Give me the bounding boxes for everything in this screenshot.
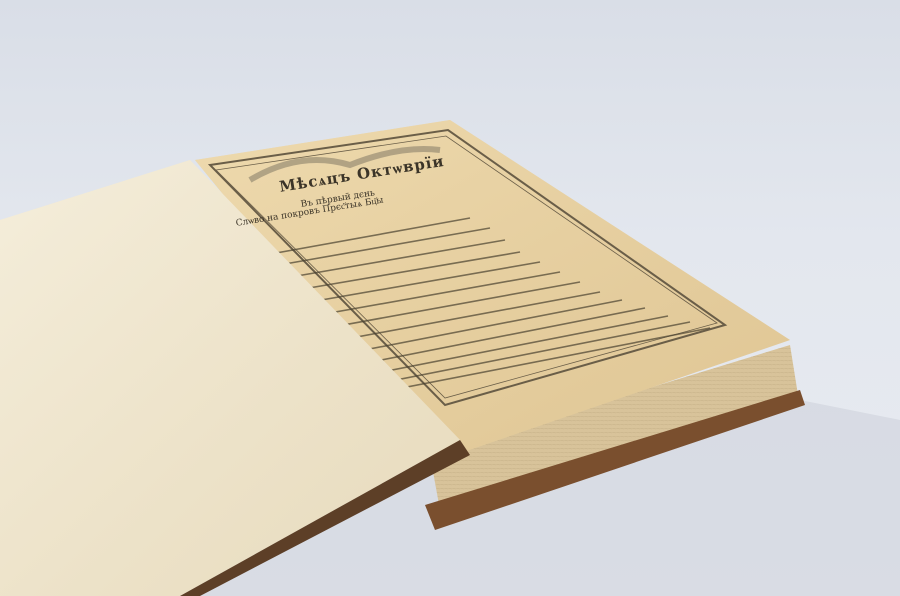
photo-scene: Мѣсѧцъ Октѡврїи Въ пѣрвый дєнь Слѡво на … <box>0 0 900 596</box>
book-illustration <box>0 0 900 596</box>
